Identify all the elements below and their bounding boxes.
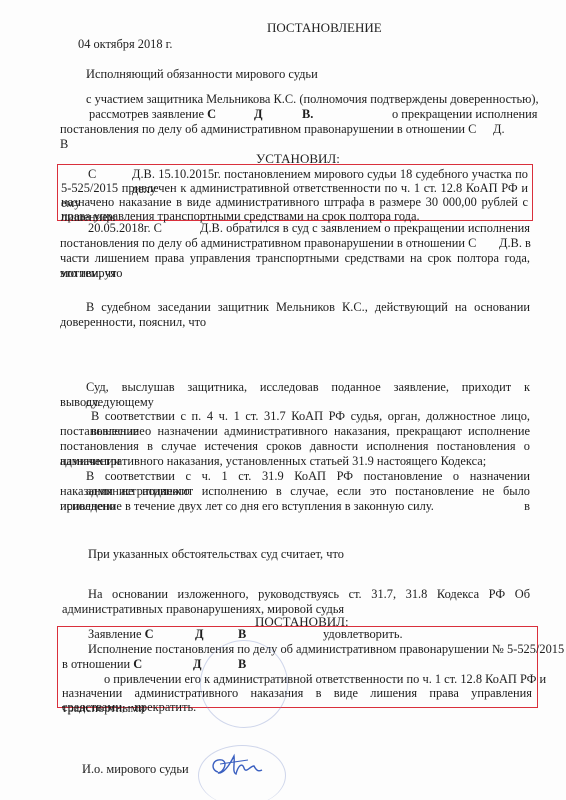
considered-line-3: В: [60, 137, 68, 152]
conclusion-line-1: Суд, выслушав защитника, исследовав пода…: [86, 380, 530, 410]
resolved-line-6: средствами,– прекратить.: [62, 700, 196, 714]
judge-signature-icon: [208, 742, 268, 782]
judge-line: Исполняющий обязанности мирового судьи: [86, 67, 318, 82]
document-title: ПОСТАНОВЛЕНИЕ: [267, 20, 382, 35]
resolved-line-3-prefix: в отношении: [62, 657, 133, 671]
defender-line: с участием защитника Мельникова К.С. (по…: [86, 92, 539, 107]
considered-line-1: рассмотрев заявление С: [89, 107, 216, 122]
initial-v: В.: [302, 107, 313, 122]
article-31-7-line-4: административного наказания, установленн…: [60, 454, 486, 469]
resolved-line-2: Исполнение постановления по делу об адми…: [88, 642, 564, 657]
resolved-line-3: в отношении С: [62, 657, 142, 672]
resolved-line-1-suffix: удовлетворить.: [323, 627, 403, 642]
conclusion-line-2: выводу.: [60, 395, 100, 410]
appeal-line-2: постановления по делу об административно…: [60, 236, 476, 251]
appeal-line-1: Д.В. обратился в суд с заявлением о прек…: [200, 221, 530, 236]
initial-d: Д: [254, 107, 263, 122]
appeal-line-2-end: Д.В. в: [499, 236, 531, 251]
article-31-7-line-2: постановление о назначении административ…: [60, 424, 530, 439]
resolved-line-1: Заявление С: [88, 627, 154, 642]
initial-s: С: [207, 107, 216, 121]
article-31-9-line-3: исполнение в течение двух лет со дня его…: [60, 499, 434, 514]
established-line-1-name: С: [88, 167, 96, 182]
considered-line-2-end: Д.: [493, 122, 505, 137]
resolved-initial-d: Д: [195, 627, 204, 642]
basis-line-1: На основании изложенного, руководствуясь…: [88, 587, 530, 602]
appeal-line-1-lead: 20.05.2018г. С: [88, 221, 162, 236]
circumstances-line: При указанных обстоятельствах суд считае…: [88, 547, 344, 562]
appeal-line-4: это тем, что: [60, 266, 123, 281]
court-stamp-top: [200, 640, 288, 728]
considered-line-2: постановления по делу об административно…: [60, 122, 476, 137]
resolved-line-4: о привлечении его к административной отв…: [104, 672, 546, 687]
considered-suffix: о прекращении исполнения: [392, 107, 537, 122]
resolved-line-3-d: Д: [193, 657, 202, 672]
hearing-line-1: В судебном заседании защитник Мельников …: [86, 300, 530, 315]
considered-prefix: рассмотрев заявление: [89, 107, 207, 121]
appeal-line-3: части лишением права управления транспор…: [60, 251, 530, 281]
resolved-line-3-s: С: [133, 657, 142, 671]
signature-label: И.о. мирового судьи: [82, 762, 189, 777]
resolved-line-1-prefix: Заявление: [88, 627, 145, 641]
resolved-initial-s: С: [145, 627, 154, 641]
document-page: ПОСТАНОВЛЕНИЕ 04 октября 2018 г. Исполня…: [0, 0, 566, 800]
document-date: 04 октября 2018 г.: [78, 37, 172, 52]
hearing-line-2: доверенности, пояснил, что: [60, 315, 206, 330]
